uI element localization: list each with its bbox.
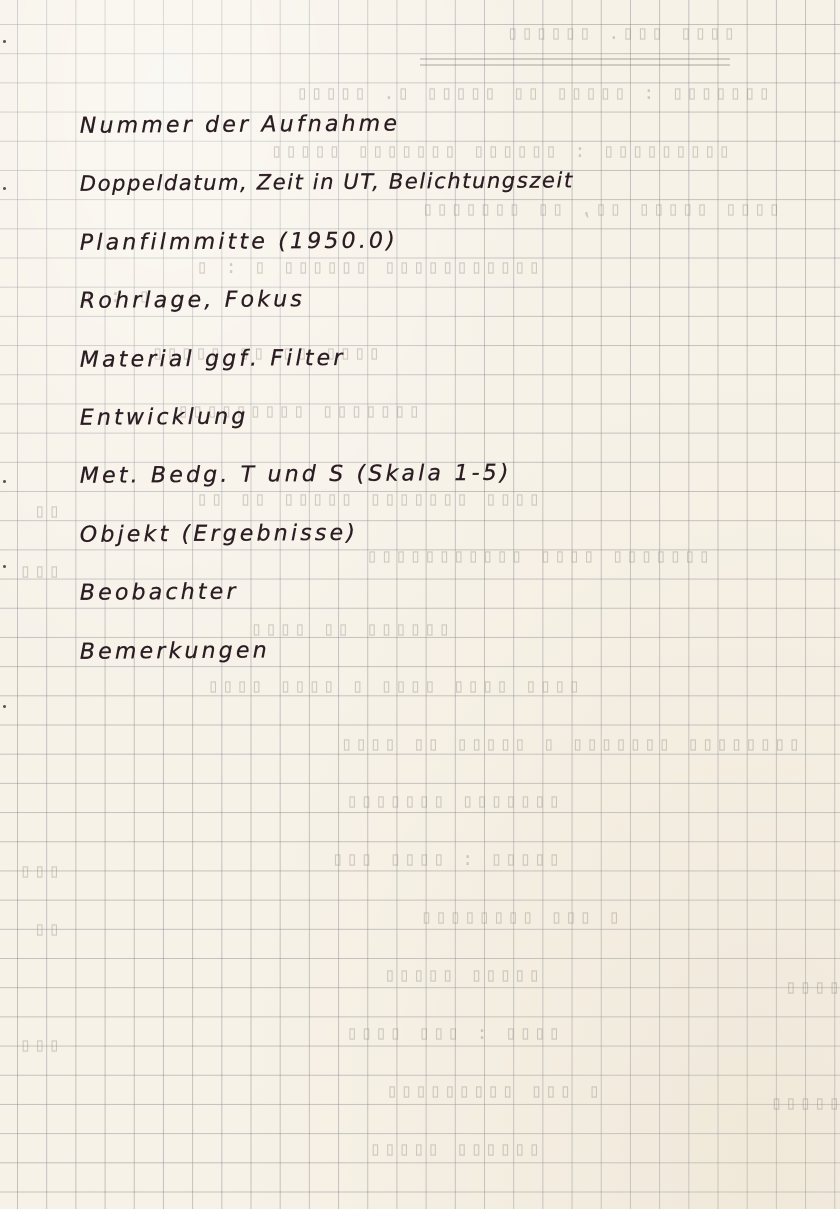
margin-dot — [3, 187, 6, 190]
field-legend-list: Nummer der Aufnahme Doppeldatum, Zeit in… — [80, 112, 574, 696]
grid-paper-sheet: ▯▯▯▯ ▯▯▯. ▯▯▯▯▯▯ ▯▯▯▯▯▯▯ : ▯▯▯▯▯ ▯▯ ▯▯▯▯… — [0, 0, 840, 1209]
entry-observer: Beobachter — [80, 577, 574, 639]
entry-object-results: Objekt (Ergebnisse) — [80, 519, 574, 581]
entry-double-date-time-exposure: Doppeldatum, Zeit in UT, Belichtungszeit — [80, 169, 574, 231]
entry-remarks: Bemerkungen — [80, 636, 574, 698]
entry-development: Entwicklung — [80, 402, 574, 464]
entry-weather-conditions: Met. Bedg. T und S (Skala 1-5) — [80, 461, 574, 523]
entry-plate-center: Planfilmmitte (1950.0) — [80, 227, 574, 289]
margin-dot — [3, 40, 6, 43]
entry-tube-position-focus: Rohrlage, Fokus — [80, 285, 574, 347]
entry-recording-number: Nummer der Aufnahme — [80, 110, 574, 172]
entry-material-filter: Material ggf. Filter — [80, 344, 574, 406]
margin-dot — [3, 565, 6, 568]
margin-dot — [3, 480, 6, 483]
margin-dot — [3, 705, 6, 708]
